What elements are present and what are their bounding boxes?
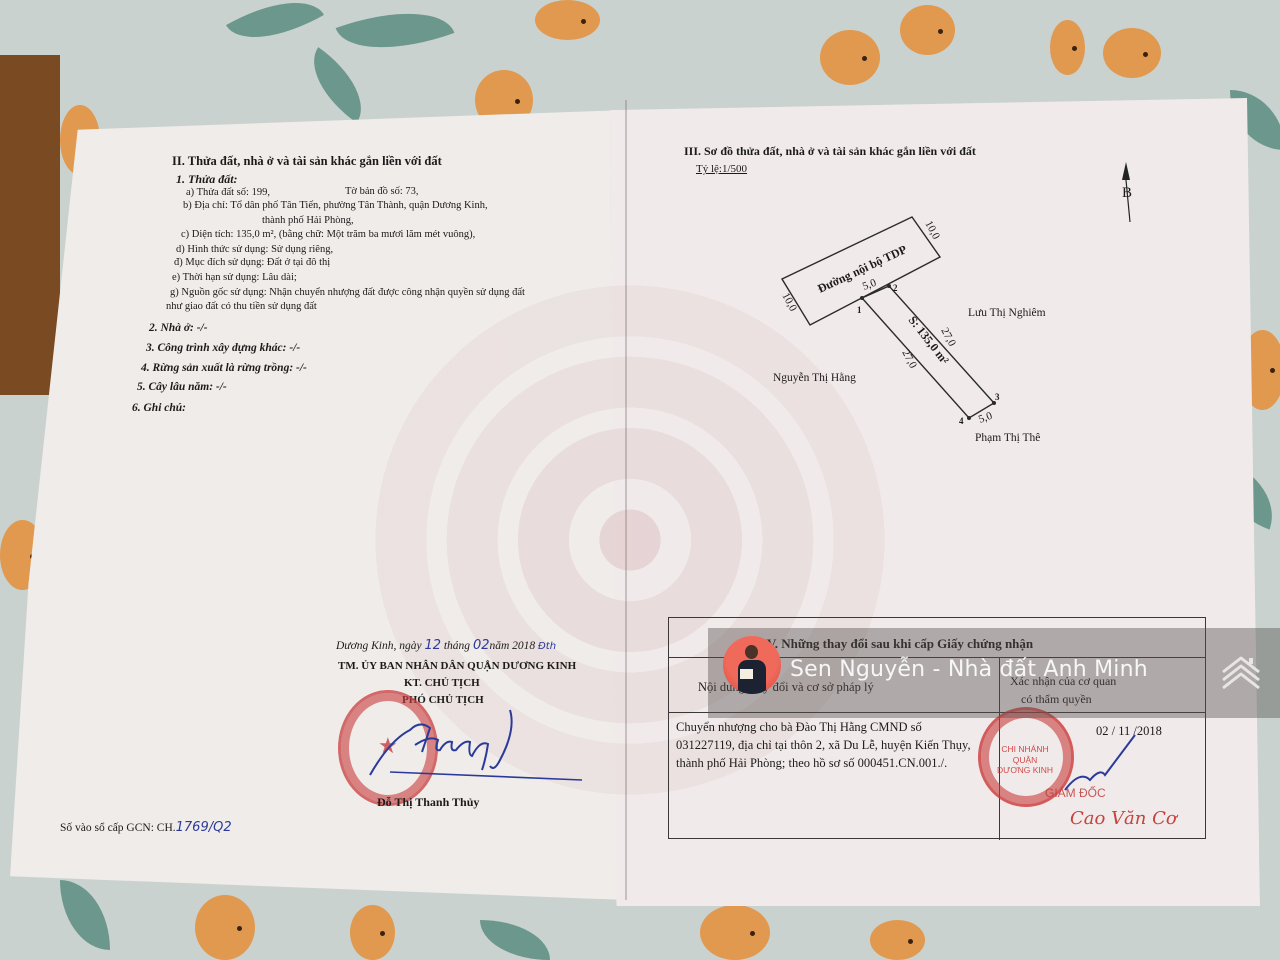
- usage-origin-line-2: như giao đất có thu tiền sử dụng đất: [166, 301, 317, 314]
- usage-term: e) Thời hạn sử dụng: Lâu dài;: [172, 272, 297, 285]
- vertex-label: 1: [857, 305, 862, 315]
- registry-number: Số vào sổ cấp GCN: CH.1769/Q2: [60, 820, 232, 836]
- address-line-2: thành phố Hải Phòng,: [262, 215, 354, 228]
- usage-purpose: đ) Mục đích sử dụng: Đất ở tại đô thị: [174, 257, 330, 270]
- change-line: 031227119, địa chỉ tại thôn 2, xã Du Lễ,…: [676, 736, 971, 754]
- section-2-title: II. Thửa đất, nhà ở và tài sản khác gắn …: [172, 154, 442, 169]
- date-day: 12: [424, 638, 441, 653]
- usage-origin-line-1: g) Nguồn gốc sử dụng: Nhận chuyển nhượng…: [170, 287, 525, 300]
- section-3-title: III. Sơ đồ thửa đất, nhà ở và tài sản kh…: [684, 144, 976, 158]
- north-label: B: [1122, 184, 1132, 202]
- seal-line: DƯƠNG KINH: [990, 765, 1060, 776]
- seal-line: CHI NHÁNH: [990, 744, 1060, 755]
- house-item: 2. Nhà ở: -/-: [149, 322, 208, 336]
- issuing-authority: TM. ỦY BAN NHÂN DÂN QUẬN DƯƠNG KINH: [338, 660, 576, 673]
- date-year: năm 2018: [489, 640, 535, 652]
- vertex-label: 2: [893, 283, 898, 293]
- change-entry: Chuyển nhượng cho bà Đào Thị Hằng CMND s…: [676, 718, 971, 772]
- left-edge-label: 27,0: [899, 348, 919, 371]
- land-certificate: II. Thửa đất, nhà ở và tài sản khác gắn …: [0, 0, 1280, 960]
- perennial-trees-item: 5. Cây lâu năm: -/-: [137, 381, 227, 395]
- stacked-chevron-house-icon: [1218, 652, 1264, 698]
- road-width-label: 10,0: [779, 291, 799, 314]
- land-plot-diagram: Đường nội bộ TDP S: 135,0 m² 10,0 10,0 5…: [760, 200, 1080, 450]
- address-line-1: b) Địa chỉ: Tổ dân phố Tân Tiến, phường …: [183, 200, 488, 213]
- date-prefix: Dương Kinh, ngày: [336, 640, 422, 652]
- signature-chairman: [360, 700, 600, 790]
- change-line: Chuyển nhượng cho bà Đào Thị Hằng CMND s…: [676, 718, 971, 736]
- watermark-text: Sen Nguyễn - Nhà đất Anh Minh: [790, 657, 1148, 682]
- registry-handwritten-number: 1769/Q2: [176, 820, 232, 835]
- change-line: thành phố Hải Phòng; theo hồ sơ số 00045…: [676, 754, 971, 772]
- neighbor-west: Nguyễn Thị Hằng: [773, 372, 856, 386]
- road-width-label: 10,0: [922, 219, 942, 242]
- north-arrow: B: [1118, 158, 1144, 227]
- map-scale: Tỷ lệ:1/500: [696, 163, 747, 176]
- parcel-number: a) Thửa đất số: 199,: [186, 187, 270, 200]
- director-name-stamp: Cao Văn Cơ: [1070, 808, 1177, 830]
- director-title: GIÁM ĐỐC: [1045, 786, 1106, 800]
- production-forest-item: 4. Rừng sản xuất là rừng trồng: -/-: [141, 362, 307, 376]
- neighbor-north-east: Lưu Thị Nghiêm: [968, 307, 1046, 321]
- neighbor-south: Phạm Thị Thê: [975, 432, 1040, 446]
- seal-line: QUẬN: [990, 755, 1060, 766]
- watermark-avatar: [723, 636, 781, 694]
- registry-label: Số vào sổ cấp GCN: CH.: [60, 822, 176, 834]
- date-month: 02: [473, 638, 490, 653]
- handwritten-initials: Đth: [538, 641, 556, 652]
- seal-text: CHI NHÁNHQUẬNDƯƠNG KINH: [990, 744, 1060, 776]
- notes-item: 6. Ghi chú:: [132, 402, 186, 416]
- page-fold-line: [625, 100, 627, 900]
- vertex-label: 4: [959, 416, 964, 426]
- on-behalf-of-chairman: KT. CHỦ TỊCH: [404, 677, 480, 690]
- usage-form: d) Hình thức sử dụng: Sử dụng riêng,: [176, 244, 333, 257]
- land-area: c) Diện tích: 135,0 m², (bằng chữ: Một t…: [181, 229, 475, 242]
- issue-date: Dương Kinh, ngày 12 tháng 02năm 2018 Đth: [336, 638, 556, 654]
- date-month-word: tháng: [444, 640, 470, 652]
- map-sheet-number: Tờ bản đồ số: 73,: [345, 186, 419, 199]
- vertex-label: 3: [995, 392, 1000, 402]
- signer-name: Đỗ Thị Thanh Thủy: [377, 795, 479, 809]
- other-construction-item: 3. Công trình xây dựng khác: -/-: [146, 342, 300, 356]
- land-heading: 1. Thửa đất:: [176, 172, 238, 186]
